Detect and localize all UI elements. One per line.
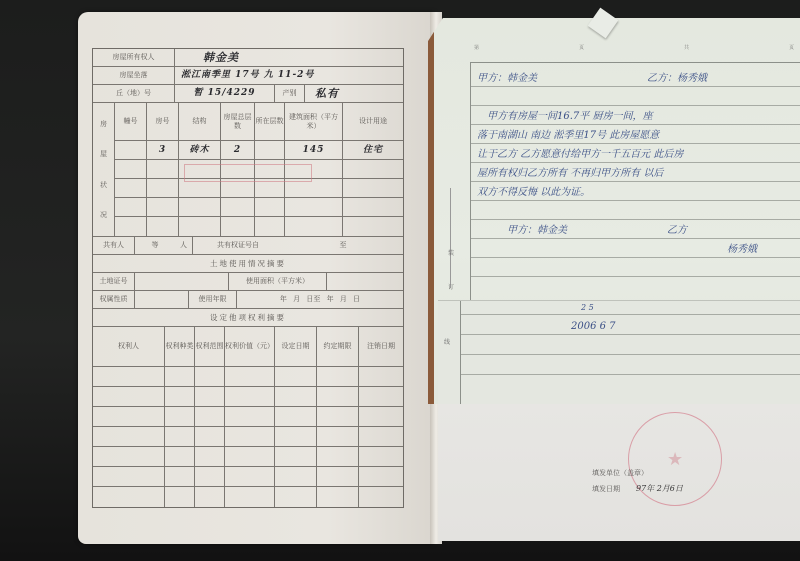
col-header: 权利范围 [195,327,225,366]
col-header: 房屋总层数 [221,103,255,140]
rights-section-title: 设定他项权利摘要 [93,309,403,326]
binding-label: 订 [448,282,454,291]
col-header: 约定期限 [317,327,359,366]
owner-value: 韩金美 [175,49,403,66]
issue-date-row: 填发日期97年 2月6日 [592,481,683,497]
header-mark: 第 [474,44,479,51]
table-row [93,447,403,467]
col-header: 权利种类 [165,327,195,366]
party-b: 乙方：杨秀娥 [647,69,707,86]
date-line: 2006 6 7 [461,315,800,335]
coowner-row: 共有人 等 人 共有权证号自 至 [93,237,403,255]
land-area-value [327,273,403,290]
table-cell: 2 [221,141,255,159]
issue-info: 填发单位（盖章） 填发日期97年 2月6日 [592,466,683,497]
contract-line: 落于南湖山 南边 淞季里17号 此房屋愿意 [471,125,800,144]
signature-party-a: 甲方：韩金美 [477,221,667,238]
table-cell: 145 [285,141,343,159]
contract-line: 屋所有权归乙方所有 不再归甲方所有 以后 [471,163,800,182]
table-cell: 3 [147,141,179,159]
signature-party-b-label: 乙方 [667,221,687,238]
contract-line: 双方不得反悔 以此为证。 [471,182,800,201]
signature-line: 杨秀娥 [471,239,800,258]
col-header: 注销日期 [359,327,403,366]
table-row [115,198,403,217]
contract-lined-area: 甲方：韩金美 乙方：杨秀娥 甲方有房屋一间16.7平 厨房一间，座 落于南湖山 … [470,62,800,302]
land-term-label: 使用年限 [189,291,237,308]
blank-line [461,355,800,375]
table-cell: 砖木 [179,141,221,159]
side-char: 房 [100,119,107,129]
contract-line: 让于乙方 乙方愿意付给甲方一千五百元 此后房 [471,144,800,163]
binding-label: 线 [444,337,450,346]
document-photo: 房屋所有权人 韩金美 房屋坐落 淞江南季里 17号 九 11-2号 丘（地）号 … [0,0,800,561]
issue-date-value: 97年 2月6日 [636,484,683,493]
header-mark: 页 [789,44,794,51]
date-marks: 2 5 [461,301,800,315]
col-header: 设计用途 [343,103,403,140]
contract-lower-strip: 线 2 5 2006 6 7 [438,300,800,404]
table-cell: 住宅 [343,141,403,159]
col-header: 权利人 [93,327,165,366]
col-header: 幢号 [115,103,147,140]
blank-line [471,201,800,220]
owner-label: 房屋所有权人 [93,49,175,66]
table-row [93,407,403,427]
land-area-label: 使用面积（平方米） [229,273,327,290]
table-row [93,427,403,447]
table-row [93,467,403,487]
col-header: 设定日期 [275,327,317,366]
land-nature-value [135,291,189,308]
table-row [115,217,403,236]
table-row [93,387,403,407]
contract-line: 甲方有房屋一间16.7平 厨房一间，座 [471,106,800,125]
location-label: 房屋坐落 [93,67,175,84]
header-mark: 共 [684,44,689,51]
table-header: 幢号 房号 结构 房屋总层数 所在层数 建筑面积（平方米） 设计用途 [115,103,403,141]
plot-row: 丘（地）号 暂 15/4229 产别 私有 [93,85,403,103]
land-cert-row: 土地证号 使用面积（平方米） [93,273,403,291]
blank-line [461,375,800,395]
land-cert-label: 土地证号 [93,273,135,290]
col-header: 结构 [179,103,221,140]
header-mark: 页 [579,44,584,51]
parties-line: 甲方：韩金美 乙方：杨秀娥 [471,63,800,87]
col-header: 所在层数 [255,103,285,140]
party-a: 甲方：韩金美 [477,69,617,86]
blank-line [471,258,800,277]
side-char: 况 [100,210,107,220]
issue-date-label: 填发日期 [592,485,620,493]
side-char: 屋 [100,149,107,159]
signature-party-b: 杨秀娥 [477,240,757,257]
location-value: 淞江南季里 17号 九 11-2号 [175,67,403,84]
table-cell [115,141,147,159]
plot-value: 暂 15/4229 [175,85,275,102]
table-cell [255,141,285,159]
owner-row: 房屋所有权人 韩金美 [93,49,403,67]
binding-label: 装 [448,248,454,257]
other-rights-table: 权利人 权利种类 权利范围 权利价值（元） 设定日期 约定期限 注销日期 [93,327,403,507]
coowner-unit-label: 人 [175,237,193,254]
table-row: 3 砖木 2 145 住宅 [115,141,403,160]
date-lined-area: 2 5 2006 6 7 [460,301,800,405]
side-char: 状 [100,180,107,190]
house-status-side-label: 房 屋 状 况 [93,103,115,236]
table-header: 权利人 权利种类 权利范围 权利价值（元） 设定日期 约定期限 注销日期 [93,327,403,367]
blank-line [461,335,800,355]
land-cert-value [135,273,229,290]
land-nature-label: 权属性质 [93,291,135,308]
category-label: 产别 [275,85,305,102]
land-section-title: 土地使用情况摘要 [93,255,403,272]
coowner-cert-to: 至 [283,237,403,254]
faint-red-stamp [184,164,312,182]
col-header: 权利价值（元） [225,327,275,366]
blank-line [471,87,800,106]
table-row [93,367,403,387]
sheet-header-marks: 第 页 共 页 [474,44,794,51]
rights-section-title-row: 设定他项权利摘要 [93,309,403,327]
property-form: 房屋所有权人 韩金美 房屋坐落 淞江南季里 17号 九 11-2号 丘（地）号 … [92,48,404,508]
coowner-cert-label: 共有权证号自 [193,237,283,254]
signature-line: 甲方：韩金美 乙方 [471,220,800,239]
land-section-title-row: 土地使用情况摘要 [93,255,403,273]
coowner-count-label: 等 [135,237,175,254]
table-row [93,487,403,507]
location-row: 房屋坐落 淞江南季里 17号 九 11-2号 [93,67,403,85]
issuer-label: 填发单位（盖章） [592,466,683,481]
plot-label: 丘（地）号 [93,85,175,102]
col-header: 建筑面积（平方米） [285,103,343,140]
land-term-value: 年 月 日至 年 月 日 [237,291,403,308]
property-certificate-page: 房屋所有权人 韩金美 房屋坐落 淞江南季里 17号 九 11-2号 丘（地）号 … [78,12,434,544]
binding-line [450,188,451,288]
land-nature-row: 权属性质 使用年限 年 月 日至 年 月 日 [93,291,403,309]
category-value: 私有 [305,85,403,102]
certificate-issue-panel: ★ 填发单位（盖章） 填发日期97年 2月6日 [438,404,800,541]
col-header: 房号 [147,103,179,140]
coowner-label: 共有人 [93,237,135,254]
